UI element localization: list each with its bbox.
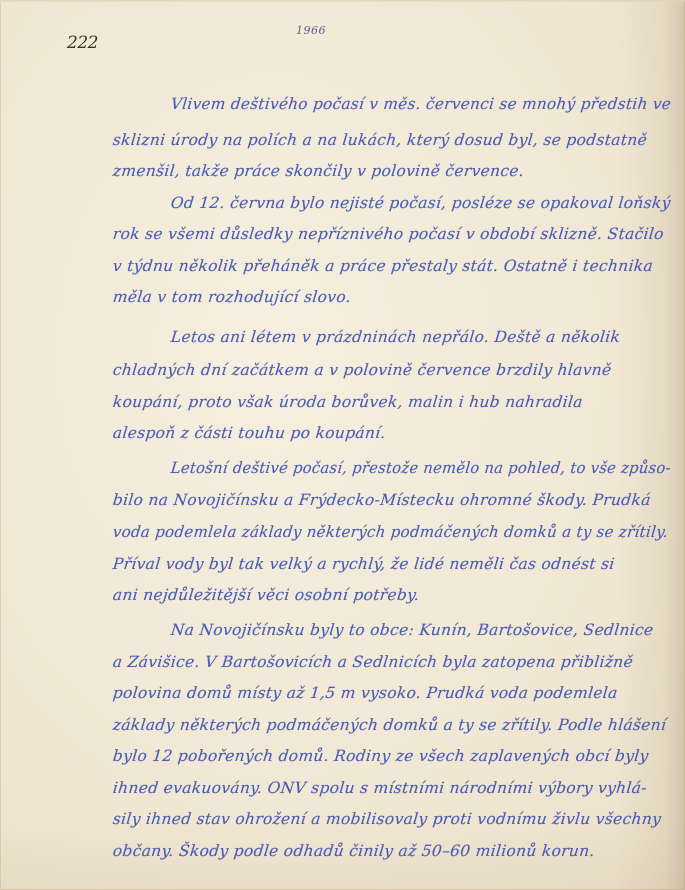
document-page: 222 1966 Vlivem deštivého počasí v měs. …	[0, 0, 685, 890]
page-edge	[0, 0, 685, 3]
text-line: zmenšil, takže práce skončily v polovině…	[112, 162, 525, 180]
text-line: ihned evakuovány. ONV spolu s místními n…	[112, 779, 648, 797]
text-line: Příval vody byl tak velký a rychlý, že l…	[112, 555, 616, 573]
page-number: 222	[67, 33, 98, 53]
text-line: bilo na Novojičínsku a Frýdecko-Místecku…	[112, 491, 652, 509]
text-line: základy některých podmáčených domků a ty…	[112, 716, 667, 734]
text-line: Letošní deštivé počasí, přestože nemělo …	[170, 459, 672, 477]
text-line: sklizni úrody na polích a na lukách, kte…	[112, 131, 648, 149]
text-line: alespoň z části touhu po koupání.	[112, 424, 387, 442]
text-line: polovina domů místy až 1,5 m vysoko. Pru…	[112, 684, 619, 702]
text-line: chladných dní začátkem a v polovině červ…	[112, 361, 613, 379]
text-line: rok se všemi důsledky nepříznivého počas…	[112, 225, 665, 243]
text-line: bylo 12 pobořených domů. Rodiny ze všech…	[112, 747, 650, 765]
text-line: Letos ani létem v prázdninách nepřálo. D…	[170, 328, 621, 346]
text-line: v týdnu několik přeháněk a práce přestal…	[112, 257, 654, 275]
text-line: a Závišice. V Bartošovicích a Sedlnicích…	[112, 653, 634, 671]
chronicle-year: 1966	[296, 24, 326, 37]
text-line: Od 12. června bylo nejisté počasí, poslé…	[170, 194, 672, 212]
text-line: Na Novojičínsku byly to obce: Kunín, Bar…	[170, 621, 654, 639]
text-line: občany. Škody podle odhadů činily až 50–…	[112, 842, 596, 860]
text-line: měla v tom rozhodující slovo.	[112, 288, 352, 306]
text-line: Vlivem deštivého počasí v měs. červenci …	[170, 95, 672, 113]
text-line: koupání, proto však úroda borůvek, malin…	[112, 393, 584, 411]
text-line: ani nejdůležitější věci osobní potřeby.	[112, 586, 420, 604]
text-line: voda podemlela základy některých podmáče…	[112, 523, 669, 541]
text-line: sily ihned stav ohrožení a mobilisovaly …	[112, 810, 662, 828]
